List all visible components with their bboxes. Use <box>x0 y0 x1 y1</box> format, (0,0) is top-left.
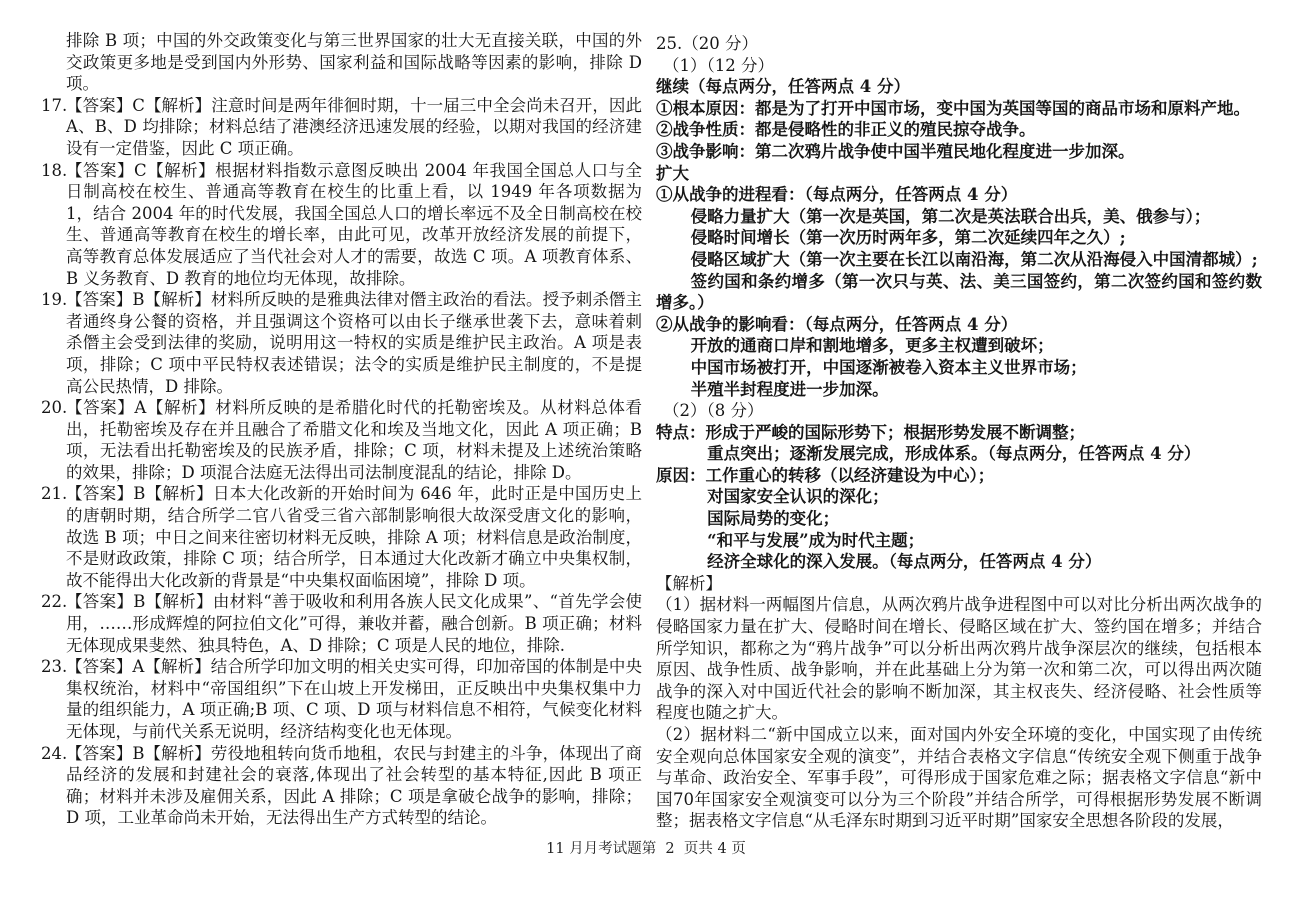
answer-number: 23. <box>41 656 67 678</box>
analysis-paragraph-2: （2）据材料二“新中国成立以来，面对国内外安全环境的变化，中国实现了由传统安全观… <box>656 724 1262 832</box>
answer-line: 继续（每点两分，任答两点 4 分） <box>656 76 1262 98</box>
answer-line: 侵略力量扩大（第一次是英国，第二次是英法联合出兵，美、俄参与）； <box>656 206 1262 228</box>
left-column: 排除 B 项；中国的外交政策变化与第三世界国家的壮大无直接关联，中国的外交政策更… <box>41 30 642 829</box>
answer-text: 【答案】A【解析】结合所学印加文明的相关史实可得，印加帝国的体制是中央集权统治，… <box>66 657 642 741</box>
answer-text: 【答案】C【解析】注意时间是两年徘徊时期，十一届三中全会尚未召开，因此 A、B、… <box>66 96 642 158</box>
answer-line: ②战争性质：都是侵略性的非正义的殖民掠夺战争。 <box>656 119 1262 141</box>
answer-number: 19. <box>41 289 67 311</box>
answer-number: 18. <box>41 160 67 182</box>
answer-line: ①从战争的进程看：（每点两分，任答两点 4 分） <box>656 184 1262 206</box>
answer-line: “和平与发展”成为时代主题； <box>656 530 1262 552</box>
answer-item-21: 21.【答案】B【解析】日本大化改新的开始时间为 646 年，此时正是中国历史上… <box>66 483 642 591</box>
answer-text: 【答案】C【解析】根据材料指数示意图反映出 2004 年我国全国总人口与全日制高… <box>66 161 642 288</box>
answer-line: 扩大 <box>656 163 1262 185</box>
answer-text: 【答案】A【解析】材料所反映的是希腊化时代的托勒密埃及。从材料总体看出，托勒密埃… <box>66 398 642 482</box>
answer-text: 【答案】B【解析】劳役地租转向货币地租，农民与封建主的斗争，体现出了商品经济的发… <box>66 744 642 828</box>
continuation-paragraph: 排除 B 项；中国的外交政策变化与第三世界国家的壮大无直接关联，中国的外交政策更… <box>66 30 642 95</box>
answer-line: 经济全球化的深入发展。（每点两分，任答两点 4 分） <box>656 551 1262 573</box>
part-1-header: （1）（12 分） <box>656 55 1262 77</box>
answer-item-19: 19.【答案】B【解析】材料所反映的是雅典法律对僭主政治的看法。授予刺杀僭主者通… <box>66 289 642 397</box>
answer-list: 17.【答案】C【解析】注意时间是两年徘徊时期，十一届三中全会尚未召开，因此 A… <box>66 95 642 829</box>
answer-item-24: 24.【答案】B【解析】劳役地租转向货币地租，农民与封建主的斗争，体现出了商品经… <box>66 743 642 829</box>
answer-line: 对国家安全认识的深化； <box>656 486 1262 508</box>
part-2-header: （2）（8 分） <box>656 400 1262 422</box>
answer-item-22: 22.【答案】B【解析】由材料“善于吸收和利用各族人民文化成果”、“首先学会使用… <box>66 591 642 656</box>
answer-text: 【答案】B【解析】日本大化改新的开始时间为 646 年，此时正是中国历史上的唐朝… <box>66 484 642 589</box>
answer-item-23: 23.【答案】A【解析】结合所学印加文明的相关史实可得，印加帝国的体制是中央集权… <box>66 656 642 742</box>
answer-line: 原因：工作重心的转移（以经济建设为中心）； <box>656 465 1262 487</box>
answer-line: 特点：形成于严峻的国际形势下；根据形势发展不断调整； <box>656 422 1262 444</box>
answer-line: ③战争影响：第二次鸦片战争使中国半殖民地化程度进一步加深。 <box>656 141 1262 163</box>
answer-number: 17. <box>41 95 67 117</box>
answer-line: 中国市场被打开，中国逐渐被卷入资本主义世界市场； <box>656 357 1262 379</box>
answer-line: 半殖半封程度进一步加深。 <box>656 379 1262 401</box>
answer-line: 开放的通商口岸和割地增多，更多主权遭到破坏； <box>656 335 1262 357</box>
answer-line: 侵略时间增长（第一次历时两年多，第二次延续四年之久）; <box>656 227 1262 249</box>
answer-item-18: 18.【答案】C【解析】根据材料指数示意图反映出 2004 年我国全国总人口与全… <box>66 160 642 290</box>
answer-number: 22. <box>41 591 67 613</box>
answer-line: 侵略区域扩大（第一次主要在长江以南沿海，第二次从沿海侵入中国清都城）; <box>656 249 1262 271</box>
answer-line: 重点突出；逐渐发展完成，形成体系。（每点两分，任答两点 4 分） <box>656 443 1262 465</box>
answer-line: 签约国和条约增多（第一次只与英、法、美三国签约，第二次签约国和签约数增多。） <box>656 271 1262 314</box>
answer-number: 20. <box>41 397 67 419</box>
answer-text: 【答案】B【解析】材料所反映的是雅典法律对僭主政治的看法。授予刺杀僭主者通终身公… <box>66 290 642 395</box>
answer-item-17: 17.【答案】C【解析】注意时间是两年徘徊时期，十一届三中全会尚未召开，因此 A… <box>66 95 642 160</box>
right-column: 25.（20 分） （1）（12 分） 继续（每点两分，任答两点 4 分） ①根… <box>656 33 1262 832</box>
analysis-header: 【解析】 <box>656 573 1262 595</box>
answer-item-20: 20.【答案】A【解析】材料所反映的是希腊化时代的托勒密埃及。从材料总体看出，托… <box>66 397 642 483</box>
answer-line: 国际局势的变化； <box>656 508 1262 530</box>
answer-number: 21. <box>41 483 67 505</box>
answer-number: 24. <box>41 743 67 765</box>
page-footer: 11 月月考试题第 2 页共 4 页 <box>0 837 1292 858</box>
answer-text: 【答案】B【解析】由材料“善于吸收和利用各族人民文化成果”、“首先学会使用，……… <box>66 592 642 654</box>
question-25-header: 25.（20 分） <box>656 33 1262 55</box>
analysis-paragraph-1: （1）据材料一两幅图片信息，从两次鸦片战争进程图中可以对比分析出两次战争的侵略国… <box>656 594 1262 724</box>
answer-line: ①根本原因：都是为了打开中国市场，变中国为英国等国的商品市场和原料产地。 <box>656 98 1262 120</box>
answer-line: ②从战争的影响看：（每点两分，任答两点 4 分） <box>656 314 1262 336</box>
